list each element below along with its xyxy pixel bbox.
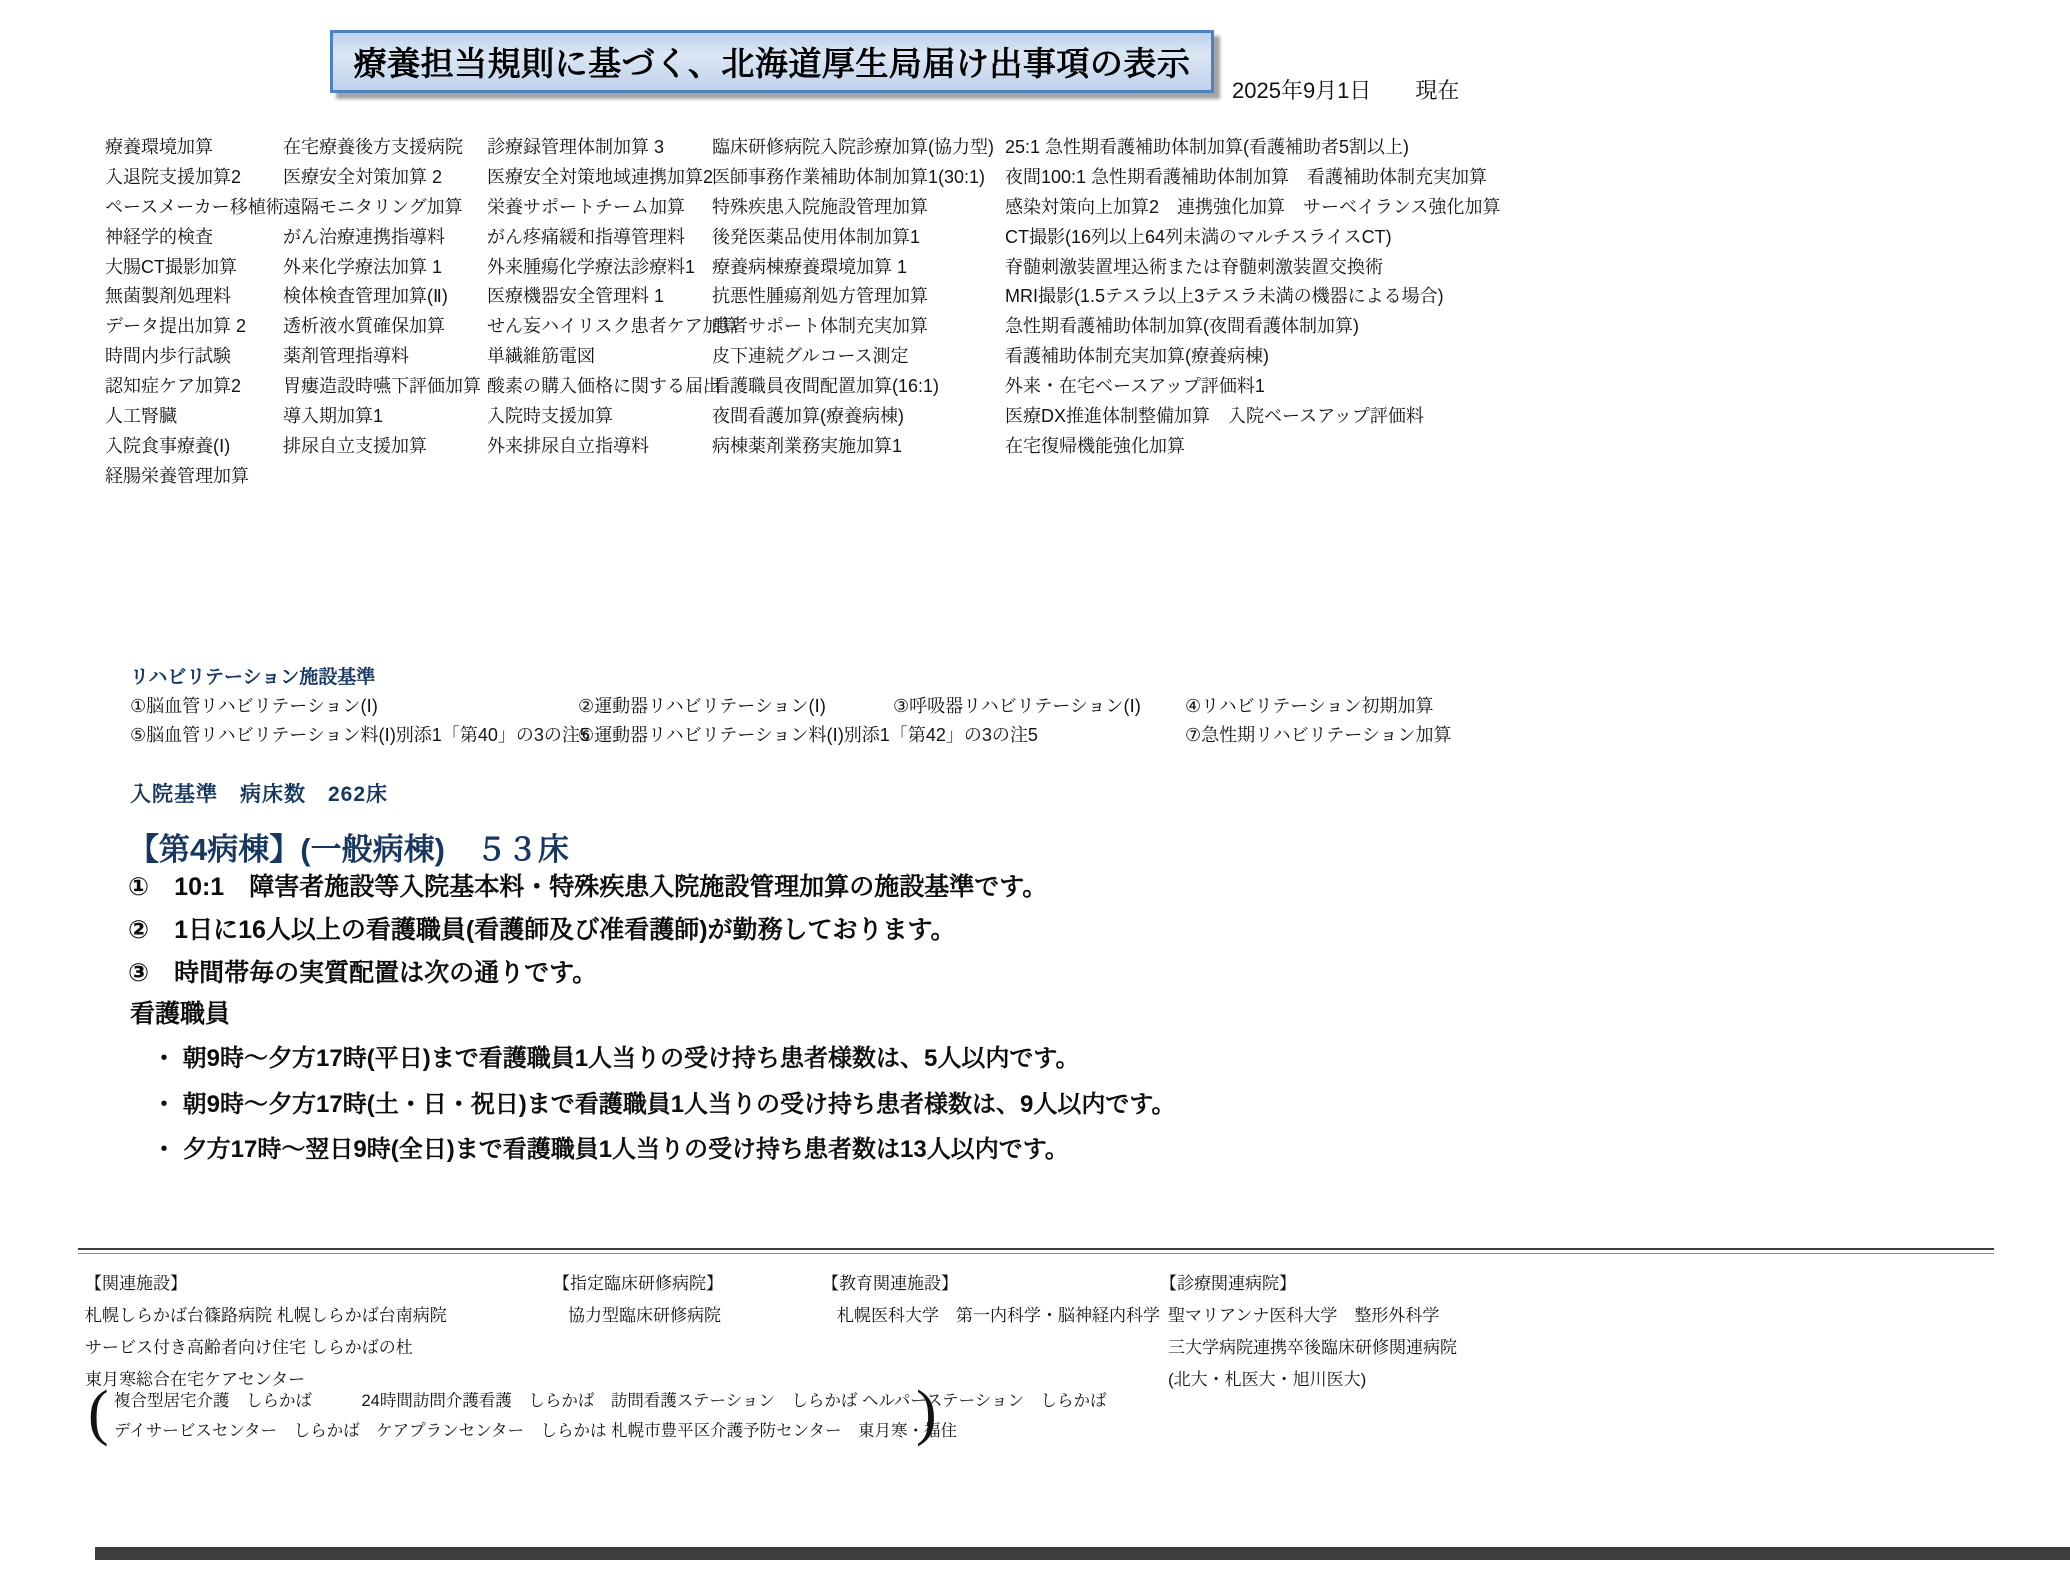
notification-column-2: 在宅療養後方支援病院医療安全対策加算 2遠隔モニタリング加算がん治療連携指導料外… [283,133,481,462]
notification-item: がん疼痛緩和指導管理料 [487,223,739,253]
nursing-bullet: ・ 朝9時～夕方17時(平日)まで看護職員1人当りの受け持ち患者様数は、5人以内… [152,1036,1175,1082]
notification-item: 入院食事療養(Ⅰ) [105,432,284,462]
ward-points: ① 10:1 障害者施設等入院基本料・特殊疾患入院施設管理加算の施設基準です。②… [128,866,1047,995]
rehab-item-6: ⑥運動器リハビリテーション料(Ⅰ)別添1「第42」の3の注5 [578,721,1038,747]
footer-lines: 聖マリアンナ医科大学 整形外科学三大学病院連携卒後臨床研修関連病院(北大・札医大… [1168,1300,1457,1396]
notification-item: 薬剤管理指導料 [283,342,481,372]
notification-item: 医療安全対策加算 2 [283,163,481,193]
notification-item: 看護職員夜間配置加算(16:1) [712,372,994,402]
notification-item: 認知症ケア加算2 [105,372,284,402]
ward-point: ③ 時間帯毎の実質配置は次の通りです。 [128,952,1047,995]
notification-item: 25:1 急性期看護補助体制加算(看護補助者5割以上) [1005,133,1500,163]
footer-header: 【教育関連施設】 [822,1268,1160,1300]
notification-item: 急性期看護補助体制加算(夜間看護体制加算) [1005,312,1500,342]
notification-item: 特殊疾患入院施設管理加算 [712,193,994,223]
footer-lines: 協力型臨床研修病院 [568,1300,723,1332]
footer-clinical-hospitals: 【診療関連病院】 聖マリアンナ医科大学 整形外科学三大学病院連携卒後臨床研修関連… [1160,1268,1457,1396]
footer-header: 【診療関連病院】 [1160,1268,1457,1300]
footer-line: 三大学病院連携卒後臨床研修関連病院 [1168,1332,1457,1364]
notification-item: 夜間100:1 急性期看護補助体制加算 看護補助体制充実加算 [1005,163,1500,193]
notification-item: 経腸栄養管理加算 [105,462,284,492]
rehab-item-2: ②運動器リハビリテーション(Ⅰ) [578,692,826,718]
notification-item: 皮下連続グルコース測定 [712,342,994,372]
notification-item: 夜間看護加算(療養病棟) [712,402,994,432]
nursing-bullet: ・ 夕方17時～翌日9時(全日)まで看護職員1人当りの受け持ち患者数は13人以内… [152,1127,1175,1173]
rehab-item-7: ⑦急性期リハビリテーション加算 [1185,721,1452,747]
footer-training-hospital: 【指定臨床研修病院】 協力型臨床研修病院 [553,1268,723,1332]
notification-item: 脊髄刺激装置埋込術または脊髄刺激装置交換術 [1005,253,1500,283]
notification-item: 医療DX推進体制整備加算 入院ベースアップ評価料 [1005,402,1500,432]
notification-item: CT撮影(16列以上64列未満のマルチスライスCT) [1005,223,1500,253]
rehab-item-4: ④リハビリテーション初期加算 [1185,692,1434,718]
title-banner: 療養担当規則に基づく、北海道厚生局届け出事項の表示 [330,30,1214,93]
footer-line: (北大・札医大・旭川医大) [1168,1364,1457,1396]
notification-item: データ提出加算 2 [105,312,284,342]
footer-related-facilities: 【関連施設】 札幌しらかば台篠路病院 札幌しらかば台南病院サービス付き高齢者向け… [85,1268,447,1396]
footer-line: 協力型臨床研修病院 [568,1300,723,1332]
notification-item: 外来排尿自立指導料 [487,432,739,462]
care-services-lines: 複合型居宅介護 しらかば 24時間訪問介護看護 しらかば 訪問看護ステーション … [114,1386,1106,1446]
notification-item: 在宅復帰機能強化加算 [1005,432,1500,462]
footer-header: 【指定臨床研修病院】 [553,1268,723,1300]
notification-item: 後発医薬品使用体制加算1 [712,223,994,253]
rehab-item-5: ⑤脳血管リハビリテーション料(Ⅰ)別添1「第40」の3の注5 [130,721,590,747]
notification-item: 入院時支援加算 [487,402,739,432]
notification-item: 在宅療養後方支援病院 [283,133,481,163]
rehab-section-header: リハビリテーション施設基準 [130,662,375,689]
notification-item: 胃瘻造設時嚥下評価加算 [283,372,481,402]
notification-item: 大腸CT撮影加算 [105,253,284,283]
footer-line: 札幌医科大学 第一内科学・脳神経内科学 [837,1300,1160,1332]
notification-item: 神経学的検査 [105,223,284,253]
notification-column-3: 診療録管理体制加算 3医療安全対策地域連携加算2栄養サポートチーム加算がん疼痛緩… [487,133,739,462]
notification-column-1: 療養環境加算入退院支援加算2ペースメーカー移植術神経学的検査大腸CT撮影加算無菌… [105,133,284,492]
document-page: 療養担当規則に基づく、北海道厚生局届け出事項の表示 2025年9月1日 現在 療… [0,0,2070,1569]
open-paren: ( [88,1378,109,1449]
notification-item: 入退院支援加算2 [105,163,284,193]
notification-item: 遠隔モニタリング加算 [283,193,481,223]
notification-item: 導入期加算1 [283,402,481,432]
notification-column-4: 臨床研修病院入院診療加算(協力型)医師事務作業補助体制加算1(30:1)特殊疾患… [712,133,994,462]
notification-item: 外来化学療法加算 1 [283,253,481,283]
notification-item: 臨床研修病院入院診療加算(協力型) [712,133,994,163]
notification-item: 排尿自立支援加算 [283,432,481,462]
notification-item: 病棟薬剤業務実施加算1 [712,432,994,462]
notification-item: 医療機器安全管理料 1 [487,282,739,312]
close-paren: ) [916,1378,937,1449]
notification-item: 外来・在宅ベースアップ評価料1 [1005,372,1500,402]
notification-item: 時間内歩行試験 [105,342,284,372]
notification-item: 療養環境加算 [105,133,284,163]
notification-item: 診療録管理体制加算 3 [487,133,739,163]
nursing-staff-bullets: ・ 朝9時～夕方17時(平日)まで看護職員1人当りの受け持ち患者様数は、5人以内… [152,1036,1175,1173]
notification-item: 感染対策向上加算2 連携強化加算 サーベイランス強化加算 [1005,193,1500,223]
notification-item: がん治療連携指導料 [283,223,481,253]
notification-item: 酸素の購入価格に関する届出 [487,372,739,402]
notification-item: 医療安全対策地域連携加算2 [487,163,739,193]
rehab-item-3: ③呼吸器リハビリテーション(Ⅰ) [893,692,1141,718]
footer-line: 聖マリアンナ医科大学 整形外科学 [1168,1300,1457,1332]
footer-education-facilities: 【教育関連施設】 札幌医科大学 第一内科学・脳神経内科学 [822,1268,1160,1332]
as-of-date: 2025年9月1日 現在 [1232,74,1459,105]
footer-lines: 札幌医科大学 第一内科学・脳神経内科学 [837,1300,1160,1332]
notification-item: 人工腎臓 [105,402,284,432]
notification-item: 抗悪性腫瘍剤処方管理加算 [712,282,994,312]
nursing-bullet: ・ 朝9時～夕方17時(土・日・祝日)まで看護職員1人当りの受け持ち患者様数は、… [152,1082,1175,1128]
footer-line: 札幌しらかば台篠路病院 札幌しらかば台南病院 [85,1300,447,1332]
notification-item: MRI撮影(1.5テスラ以上3テスラ未満の機器による場合) [1005,282,1500,312]
notification-item: 療養病棟療養環境加算 1 [712,253,994,283]
bottom-edge-bar [95,1547,2070,1560]
care-service-line: 複合型居宅介護 しらかば 24時間訪問介護看護 しらかば 訪問看護ステーション … [114,1386,1106,1416]
notification-item: 患者サポート体制充実加算 [712,312,994,342]
notification-item: 無菌製剤処理料 [105,282,284,312]
rehab-item-1: ①脳血管リハビリテーション(Ⅰ) [130,692,378,718]
notification-item: せん妄ハイリスク患者ケア加算 [487,312,739,342]
notification-item: ペースメーカー移植術 [105,193,284,223]
ward-heading: 【第4病棟】(一般病棟) ５３床 [128,824,569,869]
notification-column-5: 25:1 急性期看護補助体制加算(看護補助者5割以上)夜間100:1 急性期看護… [1005,133,1500,462]
ward-point: ① 10:1 障害者施設等入院基本料・特殊疾患入院施設管理加算の施設基準です。 [128,866,1047,909]
notification-item: 単繊維筋電図 [487,342,739,372]
care-service-line: デイサービスセンター しらかば ケアプランセンター しらかは 札幌市豊平区介護予… [114,1416,1106,1446]
footer-line: サービス付き高齢者向け住宅 しらかばの杜 [85,1332,447,1364]
notification-item: 検体検査管理加算(Ⅱ) [283,282,481,312]
notification-item: 医師事務作業補助体制加算1(30:1) [712,163,994,193]
admission-standard: 入院基準 病床数 262床 [130,778,388,808]
footer-lines: 札幌しらかば台篠路病院 札幌しらかば台南病院サービス付き高齢者向け住宅 しらかば… [85,1300,447,1396]
notification-item: 外来腫瘍化学療法診療料1 [487,253,739,283]
nursing-staff-label: 看護職員 [130,994,230,1030]
footer-divider [78,1248,1994,1254]
ward-point: ② 1日に16人以上の看護職員(看護師及び准看護師)が勤務しております。 [128,909,1047,952]
notification-item: 栄養サポートチーム加算 [487,193,739,223]
notification-item: 看護補助体制充実加算(療養病棟) [1005,342,1500,372]
notification-item: 透析液水質確保加算 [283,312,481,342]
footer-header: 【関連施設】 [85,1268,447,1300]
page-title: 療養担当規則に基づく、北海道厚生局届け出事項の表示 [354,38,1191,85]
